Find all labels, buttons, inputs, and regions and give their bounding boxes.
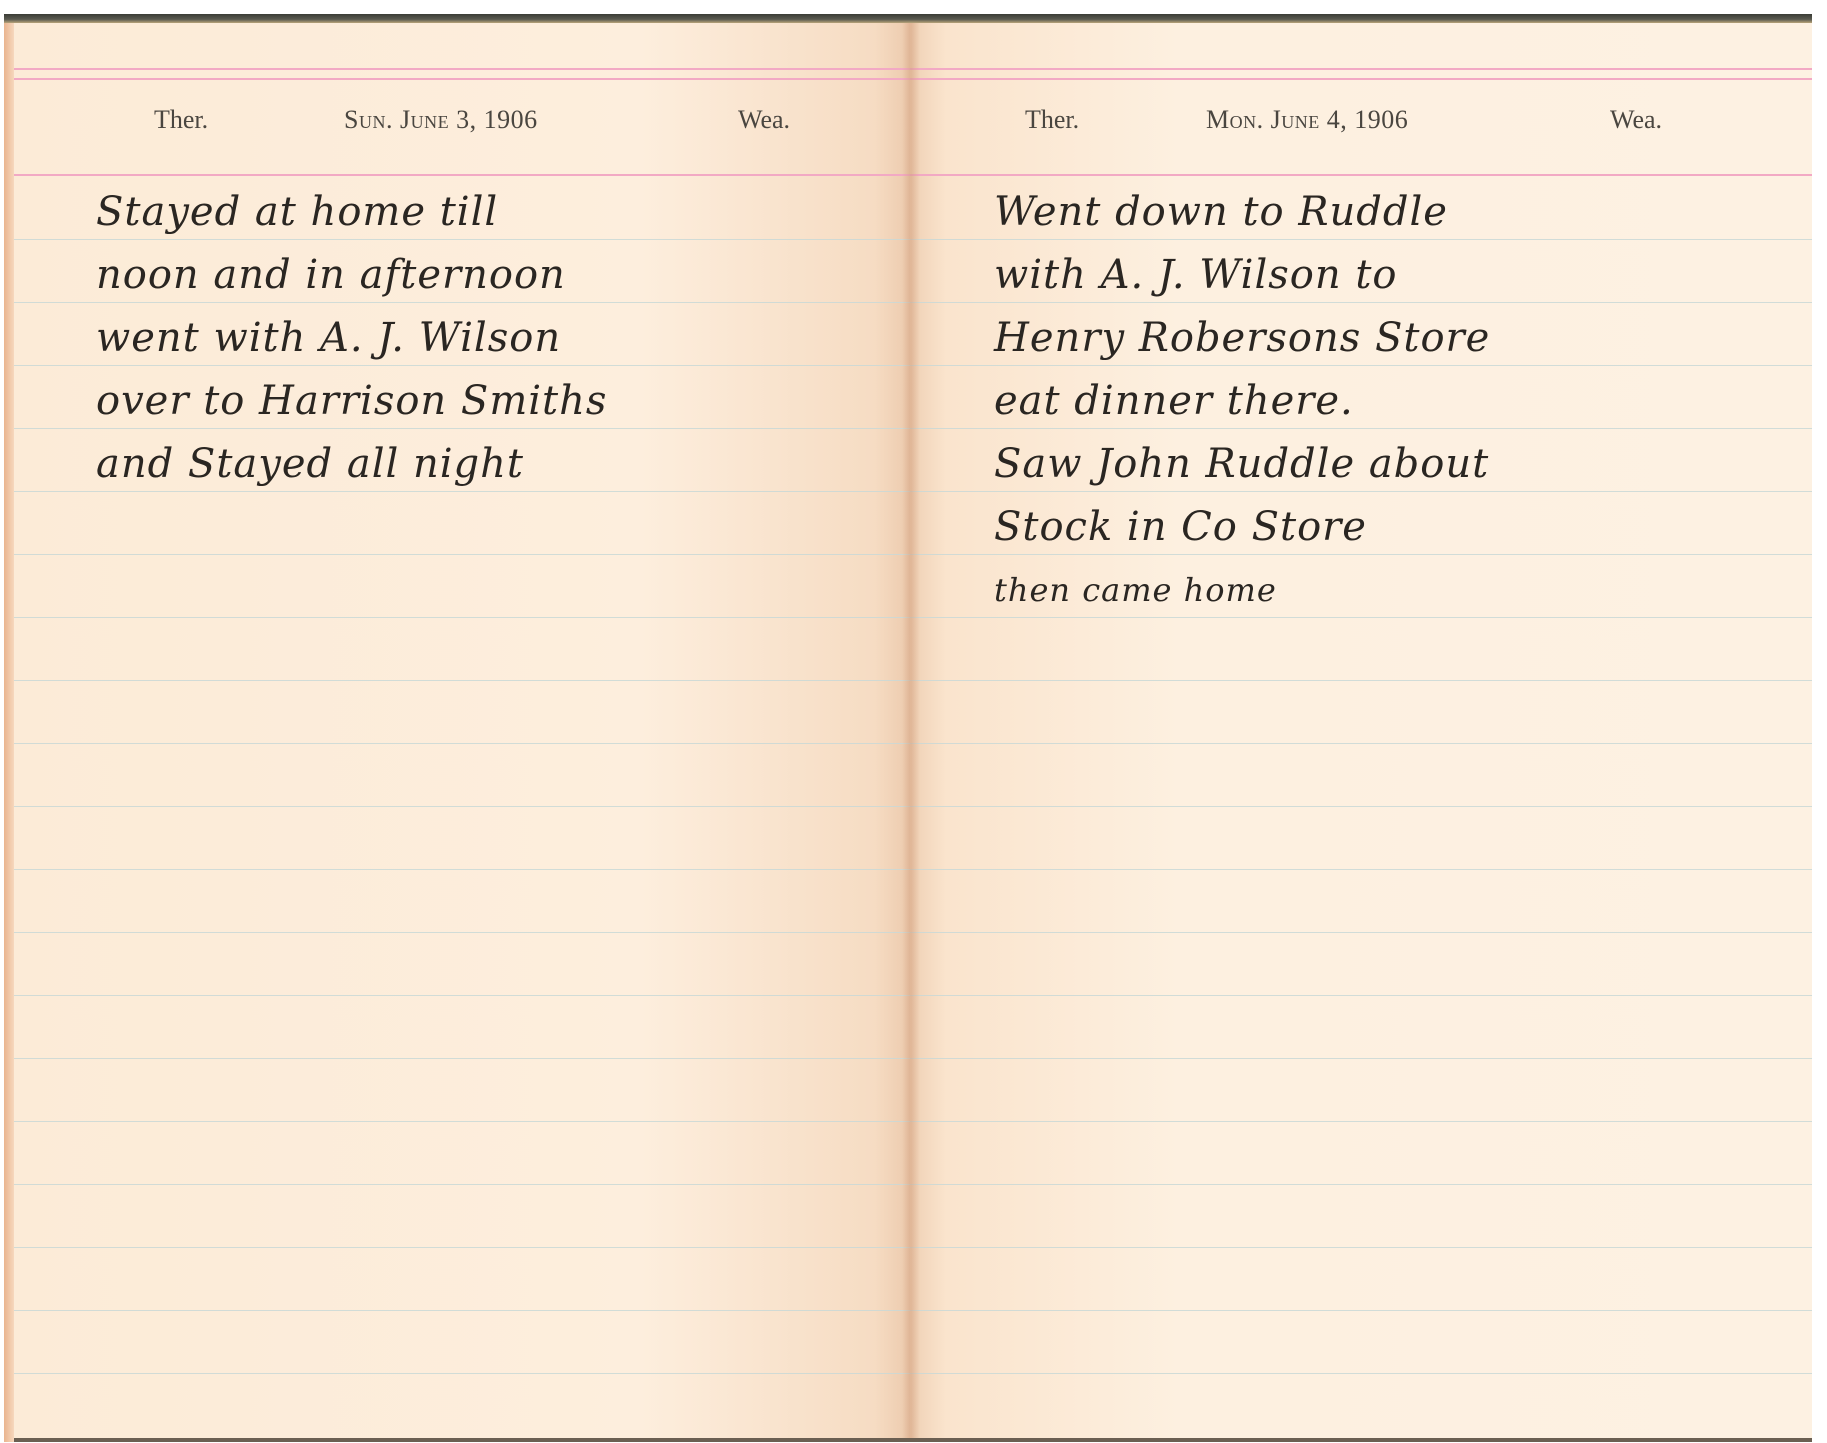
page-date: Sun. June 3, 1906 xyxy=(344,105,538,135)
header-rule-top xyxy=(14,68,910,70)
entry-line: Went down to Ruddle xyxy=(994,181,1490,244)
entry-line: over to Harrison Smiths xyxy=(96,370,607,433)
ruled-line xyxy=(910,680,1812,681)
wea-label: Wea. xyxy=(1610,105,1662,135)
entry-line: then came home xyxy=(994,559,1490,622)
ruled-line xyxy=(910,932,1812,933)
page-date: Mon. June 4, 1906 xyxy=(1206,105,1408,135)
entry-line: eat dinner there. xyxy=(994,370,1490,433)
header-rule-top-2 xyxy=(14,78,910,80)
ruled-line xyxy=(14,806,910,807)
ruled-line xyxy=(910,995,1812,996)
ther-label: Ther. xyxy=(154,105,208,135)
entry-line: Stayed at home till xyxy=(96,181,607,244)
ruled-line xyxy=(14,995,910,996)
ruled-line xyxy=(14,1058,910,1059)
ther-label: Ther. xyxy=(1025,105,1079,135)
entry-line: went with A. J. Wilson xyxy=(96,307,607,370)
header-rule-top-2 xyxy=(910,78,1812,80)
book-bottom-edge xyxy=(4,1438,1812,1442)
ruled-line xyxy=(910,1121,1812,1122)
ruled-line xyxy=(14,1373,910,1374)
diary-entry-right: Went down to Ruddlewith A. J. Wilson toH… xyxy=(994,181,1490,622)
ruled-line xyxy=(910,1247,1812,1248)
ruled-line xyxy=(910,1058,1812,1059)
ruled-line xyxy=(910,1373,1812,1374)
wea-label: Wea. xyxy=(738,105,790,135)
entry-line: noon and in afternoon xyxy=(96,244,607,307)
ruled-line xyxy=(910,1310,1812,1311)
ruled-line xyxy=(14,554,910,555)
header-rule-top xyxy=(910,68,1812,70)
entry-line: with A. J. Wilson to xyxy=(994,244,1490,307)
entry-line: and Stayed all night xyxy=(96,433,607,496)
ruled-line xyxy=(14,869,910,870)
ruled-line xyxy=(14,1184,910,1185)
book-gutter xyxy=(902,23,920,1438)
header-rule-bottom xyxy=(910,174,1812,176)
book-top-edge xyxy=(4,14,1812,23)
right-page: Ther. Mon. June 4, 1906 Wea. Went down t… xyxy=(910,23,1812,1438)
ruled-line xyxy=(14,743,910,744)
ruled-line xyxy=(14,680,910,681)
ruled-line xyxy=(14,1310,910,1311)
entry-line: Stock in Co Store xyxy=(994,496,1490,559)
ruled-line xyxy=(910,806,1812,807)
ruled-line xyxy=(910,869,1812,870)
left-page: Ther. Sun. June 3, 1906 Wea. Stayed at h… xyxy=(14,23,910,1438)
ruled-line xyxy=(14,932,910,933)
diary-entry-left: Stayed at home tillnoon and in afternoon… xyxy=(96,181,607,496)
entry-line: Henry Robersons Store xyxy=(994,307,1490,370)
book-left-edge xyxy=(4,23,14,1442)
ruled-line xyxy=(14,1247,910,1248)
diary-spread: Ther. Sun. June 3, 1906 Wea. Stayed at h… xyxy=(4,14,1812,1442)
ruled-line xyxy=(910,743,1812,744)
header-rule-bottom xyxy=(14,174,910,176)
ruled-line xyxy=(14,617,910,618)
ruled-line xyxy=(910,1184,1812,1185)
ruled-line xyxy=(14,1121,910,1122)
entry-line: Saw John Ruddle about xyxy=(994,433,1490,496)
